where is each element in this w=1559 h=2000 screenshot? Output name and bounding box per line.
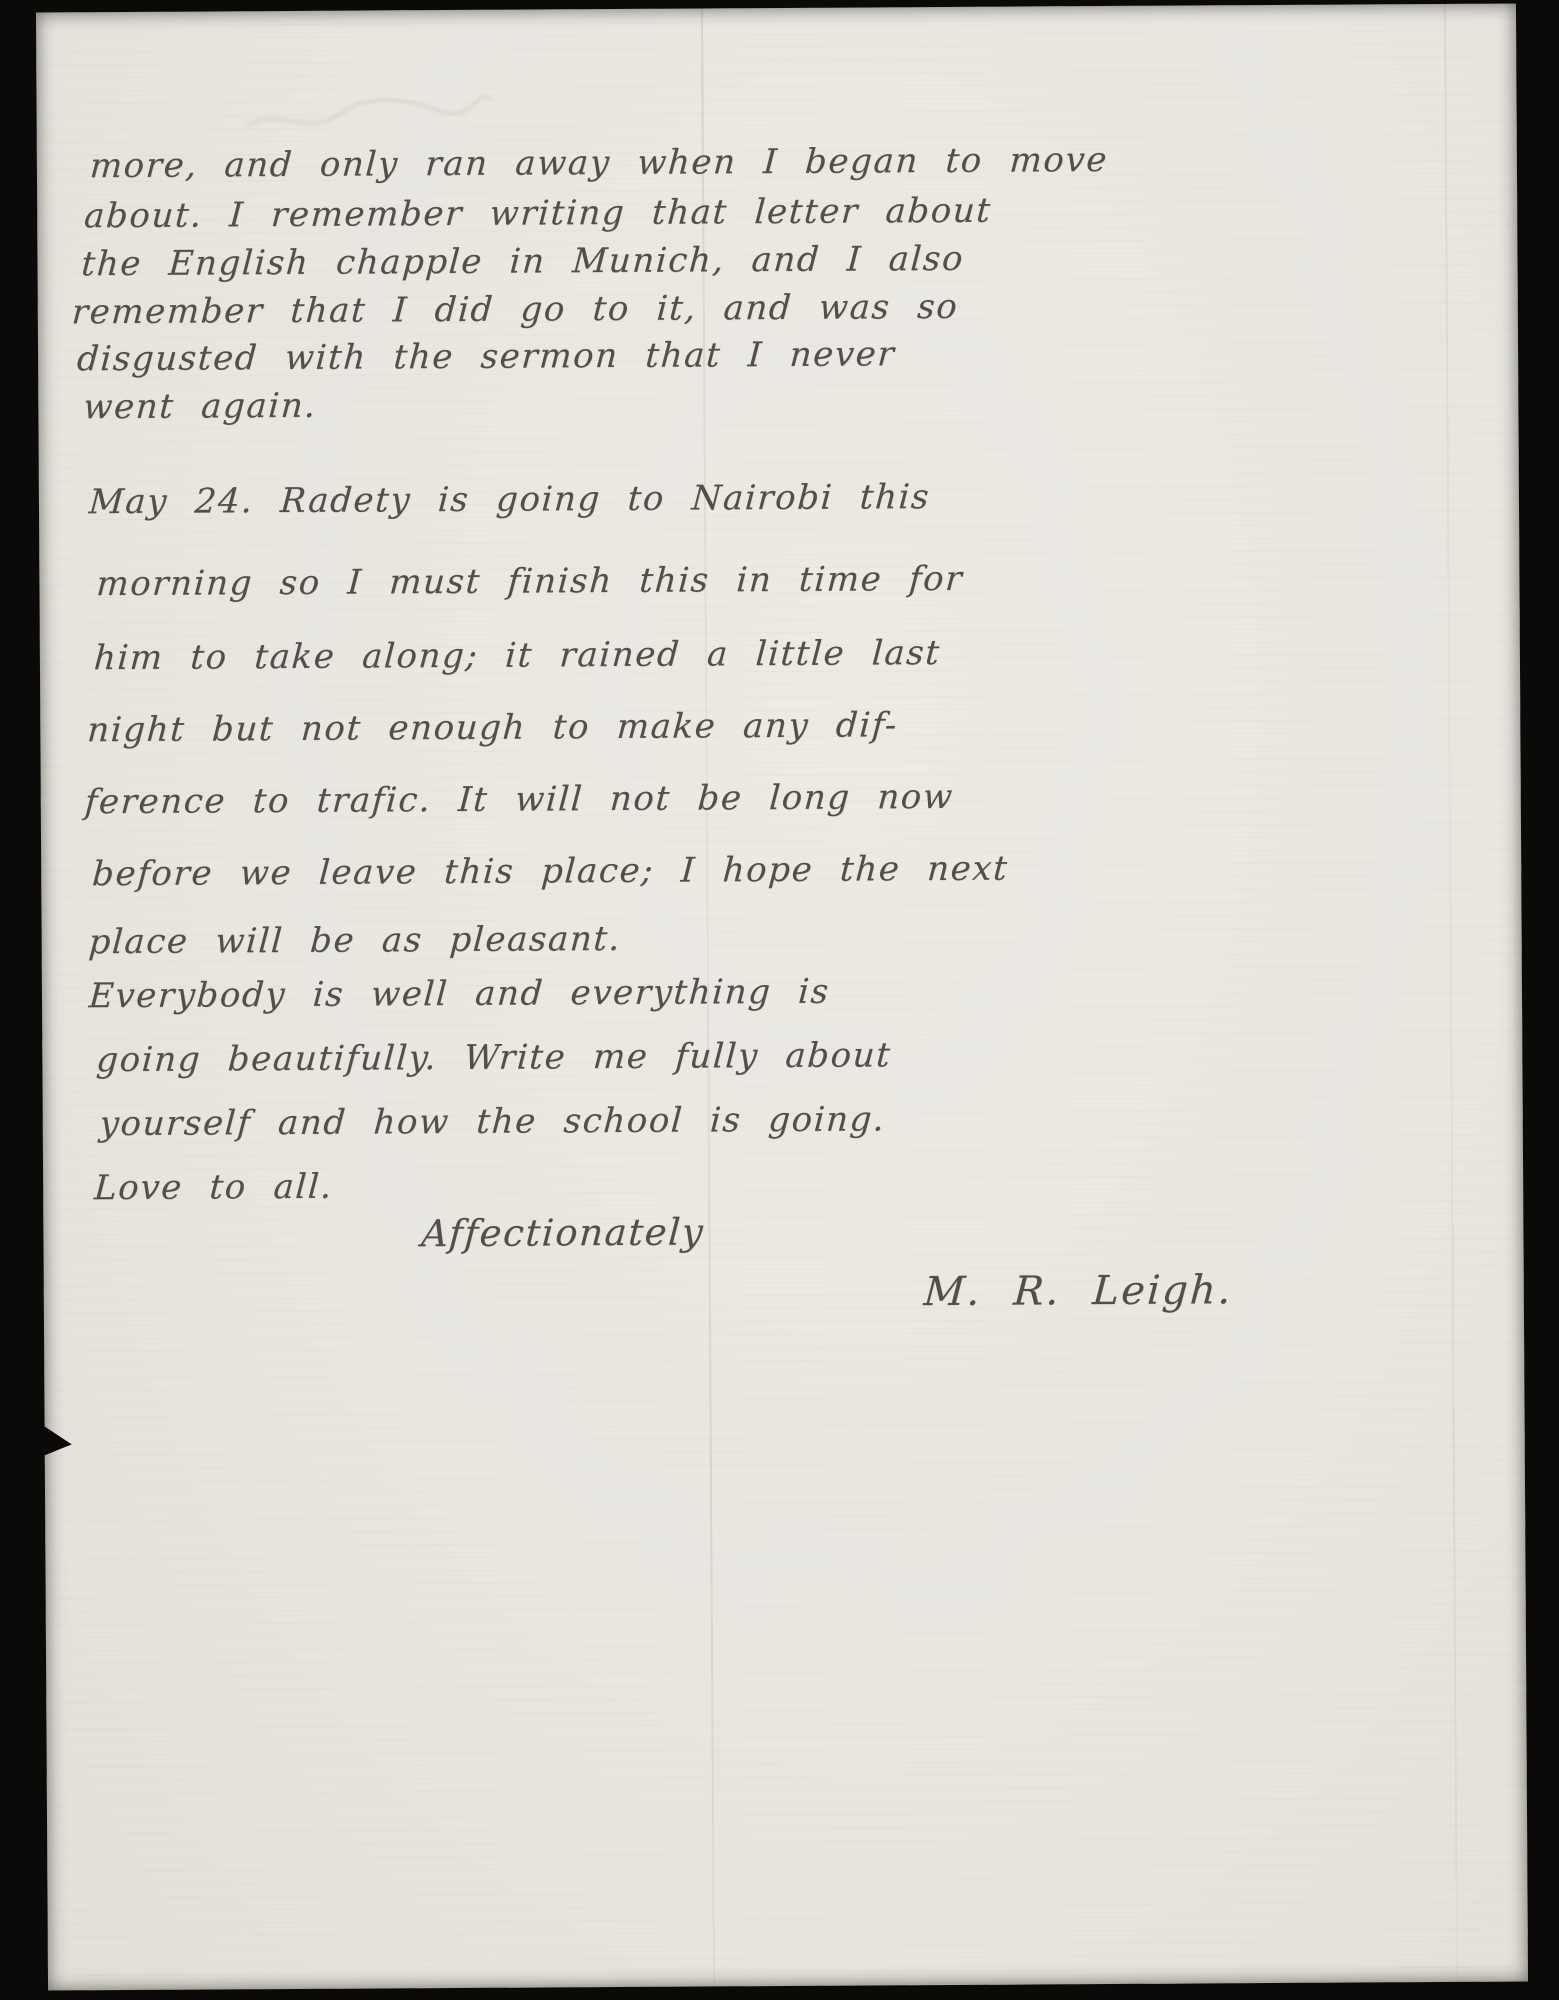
- paper-tear-notch: [42, 1424, 72, 1456]
- handwriting-line-13: place will be as pleasant.: [87, 919, 622, 962]
- letter-page: more, and only ran away when I began to …: [36, 3, 1528, 1990]
- handwriting-line-11: ference to trafic. It will not be long n…: [84, 777, 955, 822]
- right-fold-crease: [1444, 4, 1458, 1982]
- handwriting-line-3: the English chapple in Munich, and I als…: [80, 239, 965, 284]
- handwriting-line-4: remember that I did go to it, and was so: [71, 287, 960, 332]
- handwriting-line-2: about. I remember writing that letter ab…: [83, 191, 993, 237]
- handwriting-line-15: going beautifully. Write me fully about: [95, 1035, 893, 1080]
- handwriting-line-9: him to take along; it rained a little la…: [93, 633, 942, 678]
- handwriting-line-12: before we leave this place; I hope the n…: [91, 849, 1010, 895]
- handwriting-line-1: more, and only ran away when I began to …: [89, 140, 1110, 186]
- handwriting-line-6: went again.: [82, 386, 318, 427]
- signature-line: M. R. Leigh.: [922, 1267, 1234, 1315]
- handwriting-line-16: yourself and how the school is going.: [98, 1099, 886, 1144]
- handwriting-line-8: morning so I must finish this in time fo…: [95, 559, 964, 604]
- closing-line: Affectionately: [420, 1210, 706, 1255]
- handwriting-line-7: May 24. Radety is going to Nairobi this: [88, 477, 932, 522]
- handwriting-line-17: Love to all.: [93, 1167, 334, 1208]
- handwriting-line-14: Everybody is well and everything is: [88, 972, 831, 1017]
- handwriting-line-5: disgusted with the sermon that I never: [76, 334, 897, 379]
- handwriting-line-10: night but not enough to make any dif-: [86, 705, 899, 750]
- ink-bleedthrough-mark: [236, 65, 496, 147]
- photograph-background: more, and only ran away when I began to …: [0, 0, 1559, 2000]
